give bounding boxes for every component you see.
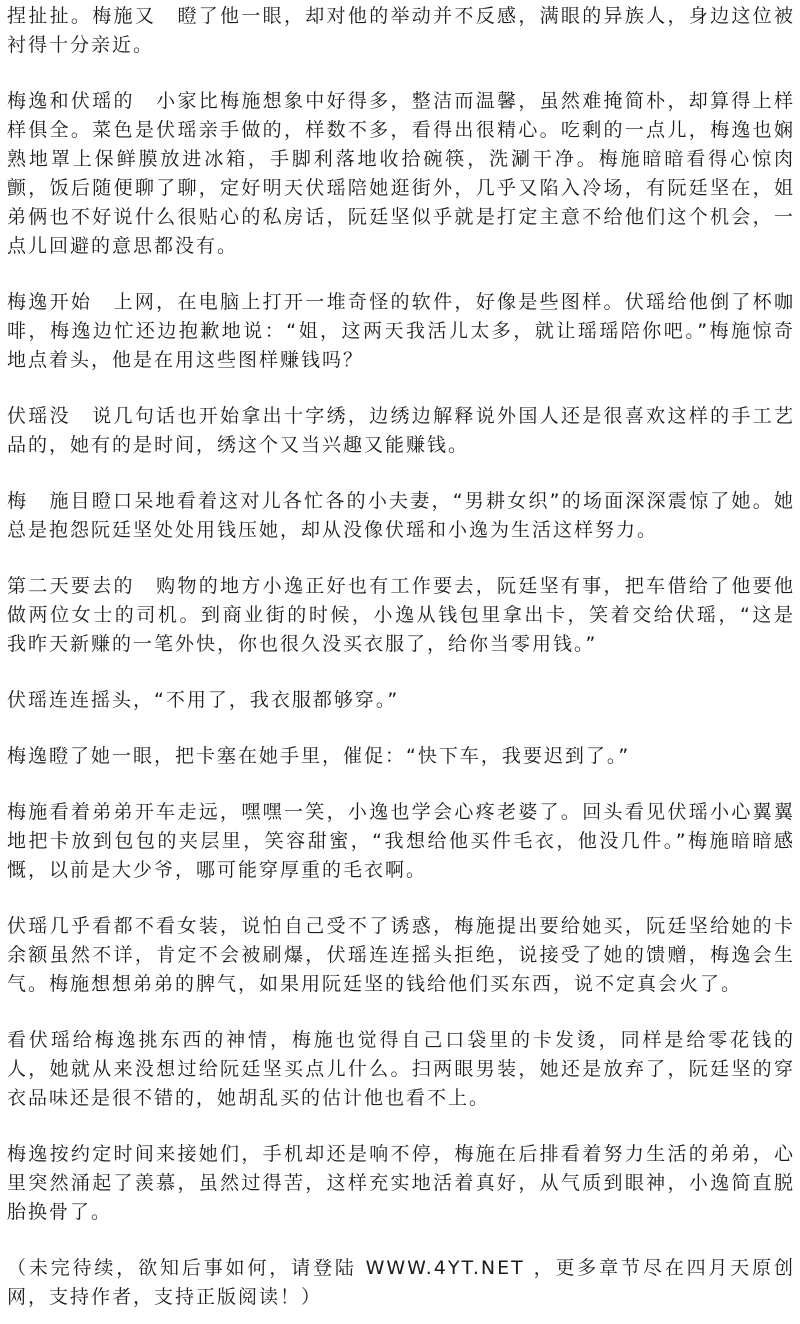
paragraph: 梅施看着弟弟开车走远，嘿嘿一笑，小逸也学会心疼老婆了。回头看见伏瑶小心翼翼地把卡…: [7, 798, 795, 885]
paragraph: 看伏瑶给梅逸挑东西的神情，梅施也觉得自己口袋里的卡发烫，同样是给零花钱的人，她就…: [7, 1026, 795, 1113]
novel-page: 捏扯扯。梅施又 瞪了他一眼，却对他的举动并不反感，满眼的异族人，身边这位被衬得十…: [0, 0, 800, 1324]
paragraph-footer-note: （未完待续，欲知后事如何，请登陆 WWW.4YT.NET ，更多章节尽在四月天原…: [7, 1254, 795, 1312]
paragraph: 梅 施目瞪口呆地看着这对儿各忙各的小夫妻，“男耕女织”的场面深深震惊了她。她总是…: [7, 487, 795, 545]
paragraph: 梅逸开始 上网，在电脑上打开一堆奇怪的软件，好像是些图样。伏瑶给他倒了杯咖啡，梅…: [7, 288, 795, 375]
paragraph: 第二天要去的 购物的地方小逸正好也有工作要去，阮廷坚有事，把车借给了他要他做两位…: [7, 572, 795, 659]
paragraph: 梅逸按约定时间来接她们，手机却还是响不停，梅施在后排看着努力生活的弟弟，心里突然…: [7, 1140, 795, 1227]
novel-text-body: 捏扯扯。梅施又 瞪了他一眼，却对他的举动并不反感，满眼的异族人，身边这位被衬得十…: [7, 2, 795, 1312]
paragraph: 梅逸瞪了她一眼，把卡塞在她手里，催促：“快下车，我要迟到了。”: [7, 742, 795, 771]
paragraph: 梅逸和伏瑶的 小家比梅施想象中好得多，整洁而温馨，虽然难掩简朴，却算得上样样俱全…: [7, 87, 795, 261]
paragraph: 捏扯扯。梅施又 瞪了他一眼，却对他的举动并不反感，满眼的异族人，身边这位被衬得十…: [7, 2, 795, 60]
paragraph: 伏瑶几乎看都不看女装，说怕自己受不了诱惑，梅施提出要给她买，阮廷坚给她的卡余额虽…: [7, 912, 795, 999]
paragraph: 伏瑶连连摇头，“不用了，我衣服都够穿。”: [7, 686, 795, 715]
paragraph: 伏瑶没 说几句话也开始拿出十字绣，边绣边解释说外国人还是很喜欢这样的手工艺品的，…: [7, 402, 795, 460]
